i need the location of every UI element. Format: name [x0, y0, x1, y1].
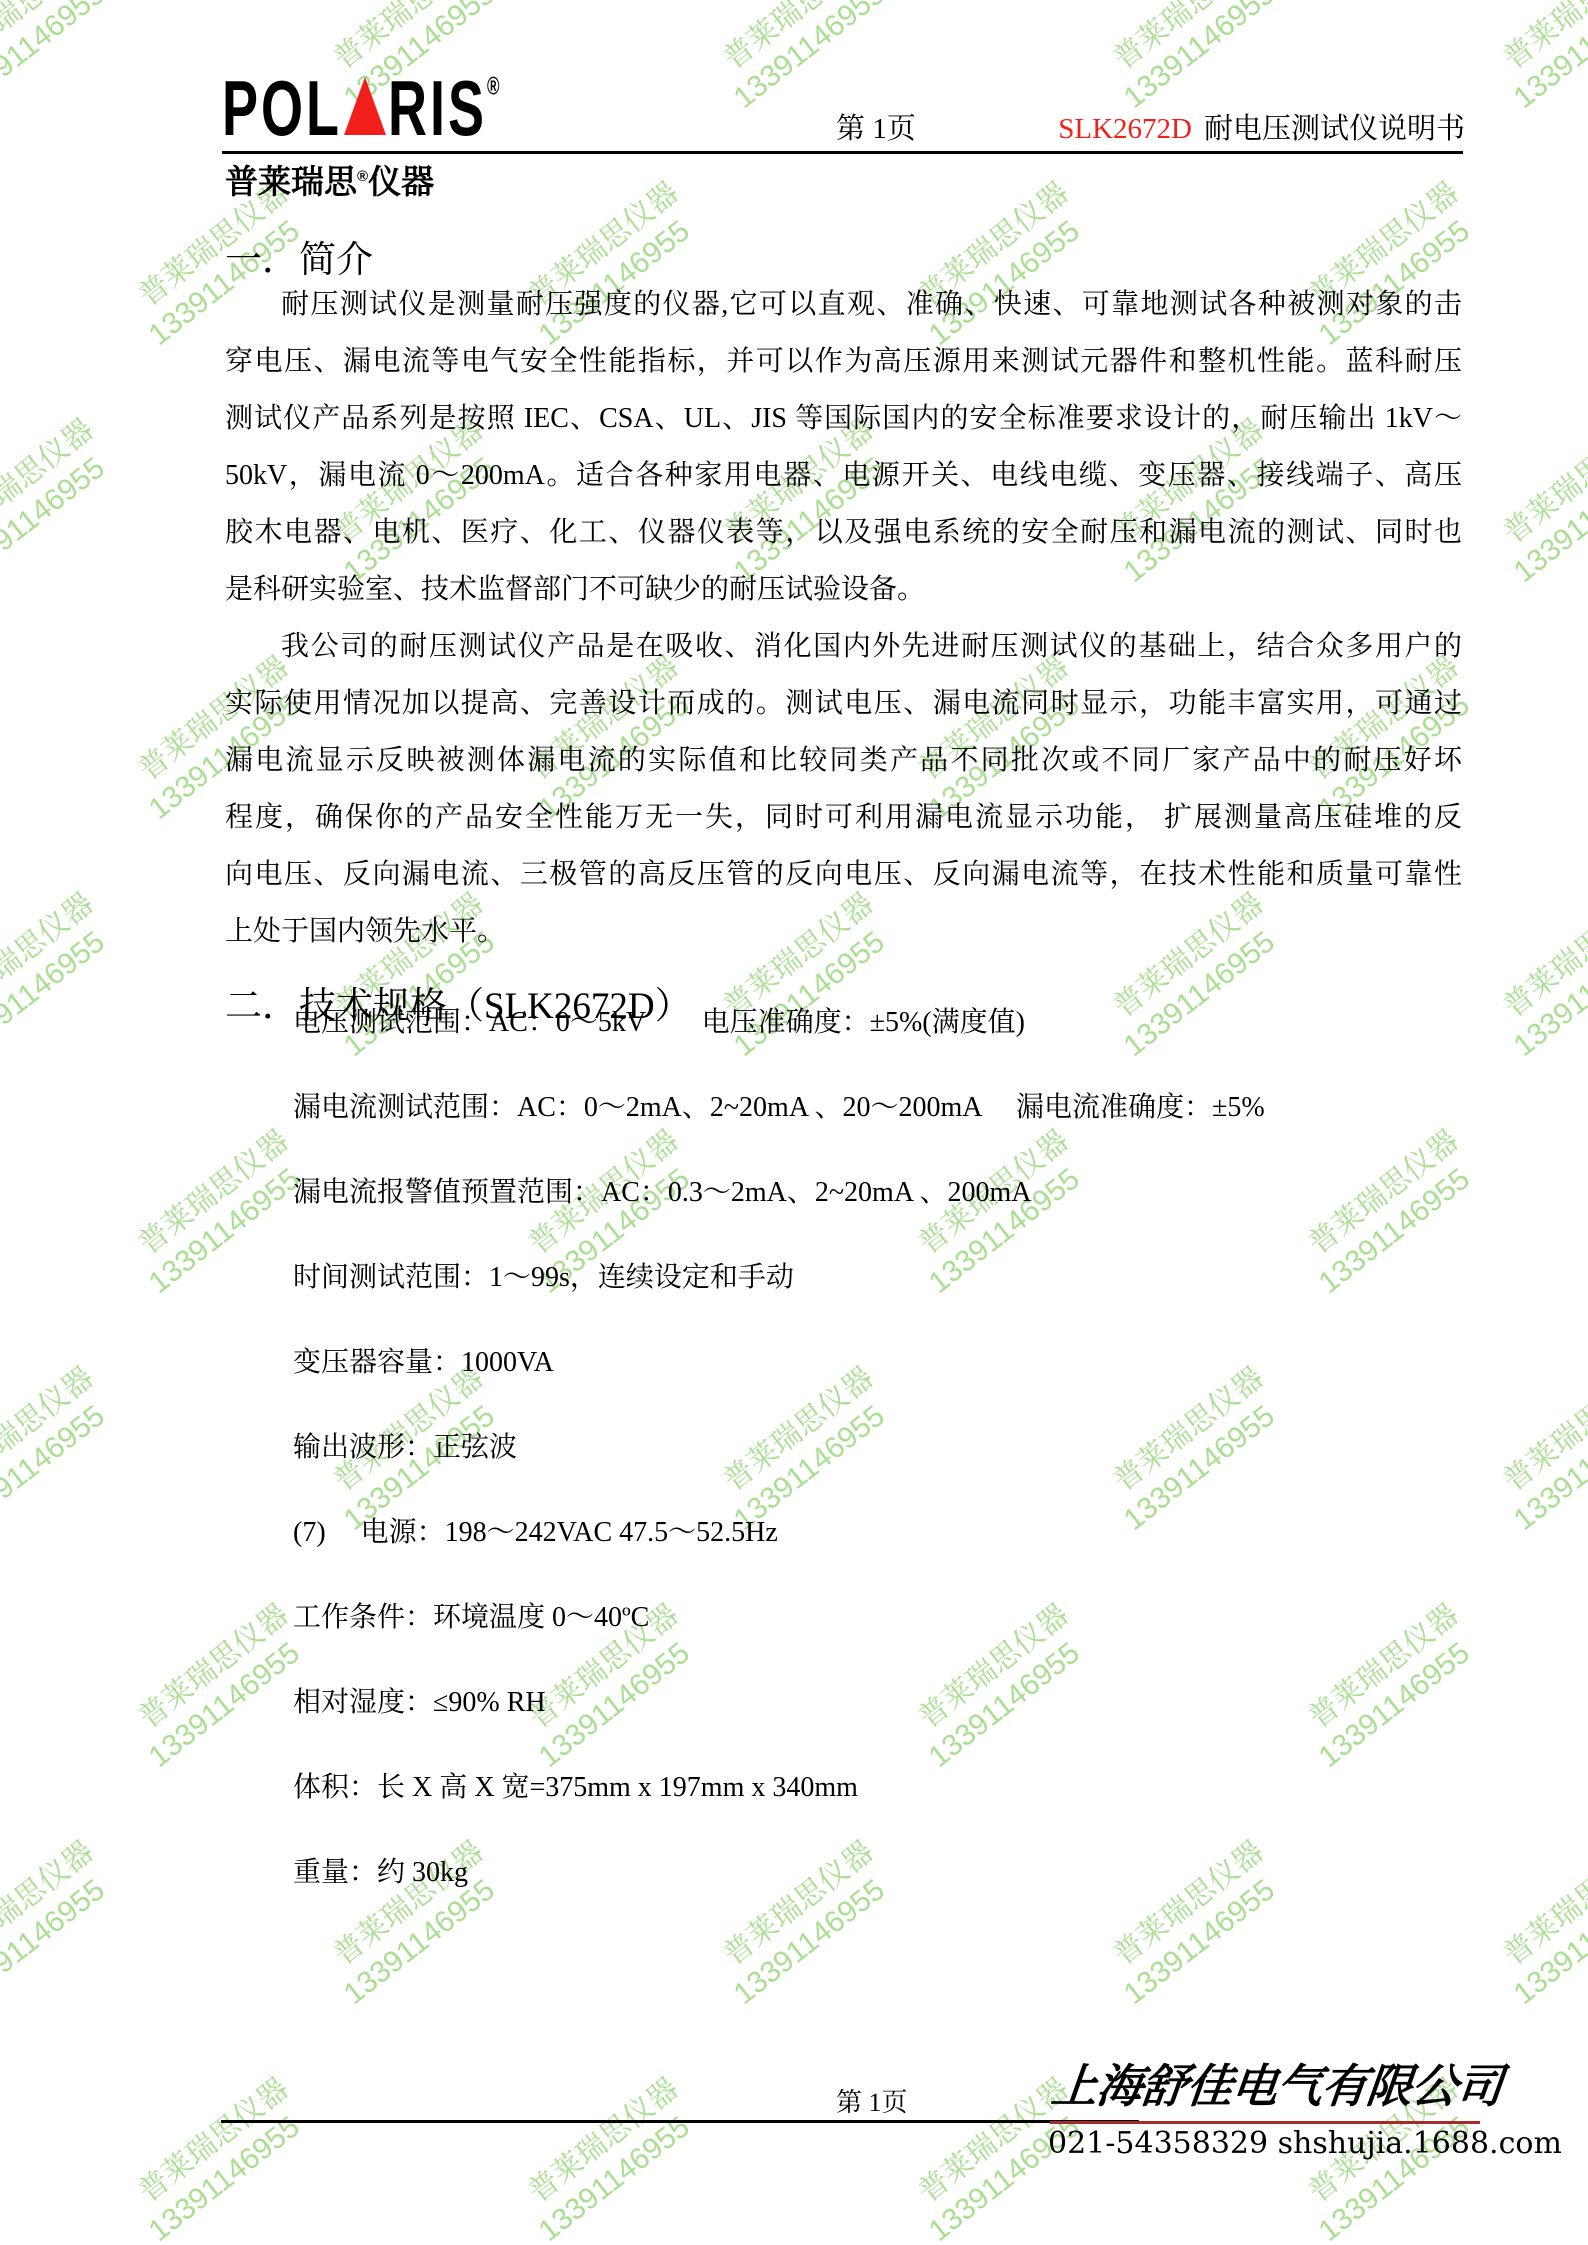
watermark-tile: 普莱瑞思仪器13391146955: [1496, 885, 1588, 1054]
watermark-tile: 普莱瑞思仪器13391146955: [1106, 1359, 1293, 1528]
watermark-tile: 普莱瑞思仪器13391146955: [131, 2070, 318, 2239]
watermark-tile: 普莱瑞思仪器13391146955: [1106, 1833, 1293, 2002]
watermark-tile: 普莱瑞思仪器13391146955: [1496, 1359, 1588, 1528]
logo-text-post: RIS: [388, 65, 487, 152]
doc-title-text: 耐电压测试仪说明书: [1204, 113, 1465, 145]
header-doc-title: SLK2672D耐电压测试仪说明书: [1058, 106, 1465, 147]
watermark-tile: 普莱瑞思仪器13391146955: [716, 0, 903, 107]
spec-line: 相对湿度：≤90% RH: [293, 1680, 546, 1720]
watermark-tile: 普莱瑞思仪器13391146955: [0, 411, 124, 580]
spec-line: 漏电流报警值预置范围：AC：0.3～2mA、2~20mA 、200mA: [293, 1170, 1032, 1210]
company-underline: [1050, 2121, 1480, 2124]
manual-page: 普莱瑞思仪器13391146955普莱瑞思仪器13391146955普莱瑞思仪器…: [0, 0, 1588, 2245]
paragraph-line: 穿电压、漏电流等电气安全性能指标，并可以作为高压源用来测试元器件和整机性能。蓝科…: [225, 333, 1462, 390]
watermark-tile: 普莱瑞思仪器13391146955: [521, 2070, 708, 2239]
logo-triangle-icon: [344, 77, 386, 135]
watermark-tile: 普莱瑞思仪器13391146955: [131, 1596, 318, 1765]
spec-line: 变压器容量：1000VA: [293, 1340, 554, 1380]
spec-line: (7) 电源：198～242VAC 47.5～52.5Hz: [293, 1510, 778, 1550]
intro-paragraph-2: 我公司的耐压测试仪产品是在吸收、消化国内外先进耐压测试仪的基础上，结合众多用户的…: [225, 618, 1462, 960]
logo-subtitle-text: 普莱瑞思: [225, 163, 357, 200]
logo-subtitle: 普莱瑞思®仪器: [225, 156, 434, 203]
paragraph-line: 上处于国内领先水平。: [225, 903, 1462, 960]
watermark-tile: 普莱瑞思仪器13391146955: [131, 1122, 318, 1291]
spec-line: 工作条件：环境温度 0～40ºC: [293, 1595, 649, 1635]
watermark-tile: 普莱瑞思仪器13391146955: [1496, 411, 1588, 580]
spec-line: 漏电流测试范围：AC：0～2mA、2~20mA 、20～200mA 漏电流准确度…: [293, 1085, 1265, 1125]
watermark-tile: 普莱瑞思仪器13391146955: [716, 1359, 903, 1528]
watermark-tile: 普莱瑞思仪器13391146955: [1301, 1122, 1488, 1291]
paragraph-line: 实际使用情况加以提高、完善设计而成的。测试电压、漏电流同时显示，功能丰富实用，可…: [225, 675, 1462, 732]
watermark-tile: 普莱瑞思仪器13391146955: [1301, 1596, 1488, 1765]
paragraph-line: 测试仪产品系列是按照 IEC、CSA、UL、JIS 等国际国内的安全标准要求设计…: [225, 390, 1462, 447]
registered-mark-icon: ®: [357, 168, 368, 185]
watermark-tile: 普莱瑞思仪器13391146955: [1496, 1833, 1588, 2002]
watermark-tile: 普莱瑞思仪器13391146955: [0, 1359, 124, 1528]
paragraph-line: 胶木电器、电机、医疗、化工、仪器仪表等，以及强电系统的安全耐压和漏电流的测试、同…: [225, 504, 1462, 561]
logo-subtitle-suffix: 仪器: [368, 163, 434, 200]
watermark-tile: 普莱瑞思仪器13391146955: [0, 885, 124, 1054]
spec-line: 重量：约 30kg: [293, 1850, 468, 1890]
watermark-tile: 普莱瑞思仪器13391146955: [911, 1596, 1098, 1765]
header-page-number: 第 1页: [836, 106, 916, 147]
logo-text-pre: POL: [222, 65, 342, 152]
intro-paragraph-1: 耐压测试仪是测量耐压强度的仪器,它可以直观、准确、快速、可靠地测试各种被测对象的…: [225, 276, 1462, 618]
watermark-tile: 普莱瑞思仪器13391146955: [0, 1833, 124, 2002]
registered-mark-icon: ®: [487, 73, 500, 101]
watermark-tile: 普莱瑞思仪器13391146955: [1106, 0, 1293, 107]
spec-line: 时间测试范围：1～99s，连续设定和手动: [293, 1255, 794, 1295]
paragraph-line: 我公司的耐压测试仪产品是在吸收、消化国内外先进耐压测试仪的基础上，结合众多用户的: [225, 618, 1462, 675]
company-logo-text: 上海舒佳电气有限公司: [1049, 2050, 1492, 2116]
paragraph-line: 程度，确保你的产品安全性能万无一失，同时可利用漏电流显示功能， 扩展测量高压硅堆…: [225, 789, 1462, 846]
watermark-tile: 普莱瑞思仪器13391146955: [1496, 0, 1588, 107]
spec-line: 电压测试范围：AC：0～5kV 电压准确度：±5%(满度值): [293, 1000, 1025, 1040]
spec-line: 输出波形：正弦波: [293, 1425, 517, 1465]
footer-rule: [221, 2120, 1139, 2123]
polaris-logo: POLRIS®: [222, 64, 500, 154]
paragraph-line: 耐压测试仪是测量耐压强度的仪器,它可以直观、准确、快速、可靠地测试各种被测对象的…: [225, 276, 1462, 333]
paragraph-line: 是科研实验室、技术监督部门不可缺少的耐压试验设备。: [225, 561, 1462, 618]
paragraph-line: 漏电流显示反映被测体漏电流的实际值和比较同类产品不同批次或不同厂家产品中的耐压好…: [225, 732, 1462, 789]
header-rule: [222, 151, 1463, 154]
footer-page-number: 第 1页: [836, 2082, 908, 2119]
model-code: SLK2672D: [1058, 113, 1192, 145]
watermark-tile: 普莱瑞思仪器13391146955: [0, 0, 124, 107]
footer-contact: 021-54358329 shshujia.1688.com: [1048, 2126, 1562, 2161]
spec-line: 体积：长 X 高 X 宽=375mm x 197mm x 340mm: [293, 1765, 858, 1805]
section-1-heading: 一．简介: [225, 229, 373, 283]
watermark-tile: 普莱瑞思仪器13391146955: [716, 1833, 903, 2002]
paragraph-line: 向电压、反向漏电流、三极管的高反压管的反向电压、反向漏电流等，在技术性能和质量可…: [225, 846, 1462, 903]
paragraph-line: 50kV，漏电流 0～200mA。适合各种家用电器、电源开关、电线电缆、变压器、…: [225, 447, 1462, 504]
